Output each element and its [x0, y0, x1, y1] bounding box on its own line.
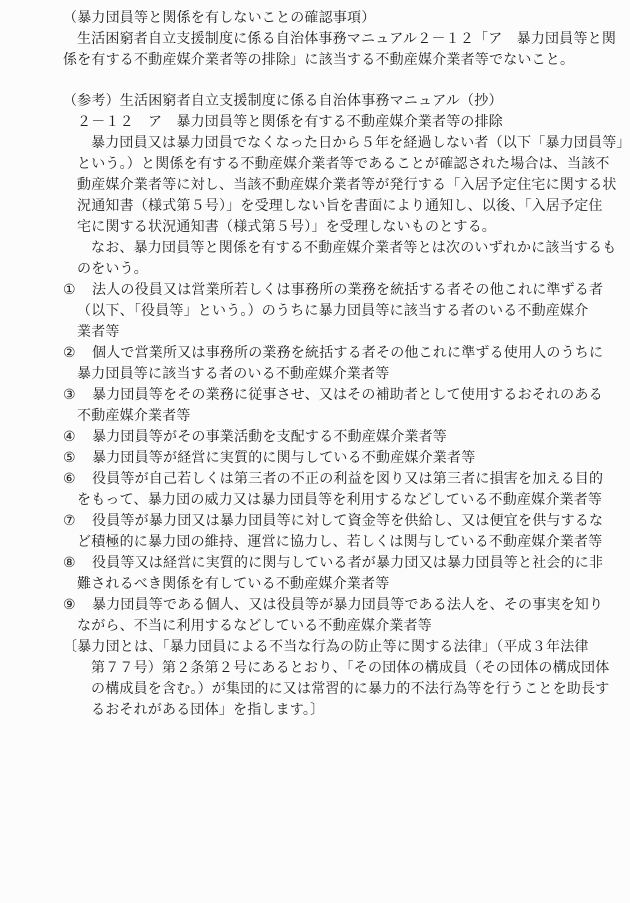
gang-definition-line-4: るおそれがある団体」を指します。〕: [0, 700, 630, 721]
gang-definition-line-3: の構成員を含む。）が集団的に又は常習的に暴力的不法行為等を行うことを助長す: [0, 679, 630, 700]
list-item-4-text: 暴力団員等がその事業活動を支配する不動産媒介業者等: [92, 429, 447, 445]
manual-paragraph-line-5: 宅に関する状況通知書（様式第５号）」を受理しないものとする。: [0, 217, 630, 238]
list-item-8-line-2: 難されるべき関係を有している不動産媒介業者等: [0, 574, 630, 595]
manual-note-line-2: のをいう。: [0, 259, 630, 280]
list-item-5-text: 暴力団員等が経営に実質的に関与している不動産媒介業者等: [92, 450, 475, 466]
list-item-6-text: 役員等が自己若しくは第三者の不正の利益を図り又は第三者に損害を加える目的: [92, 471, 603, 487]
list-item-4-line-1: ④暴力団員等がその事業活動を支配する不動産媒介業者等: [0, 427, 630, 448]
list-item-2-line-1: ②個人で営業所又は事務所の業務を統括する者その他これに準ずる使用人のうちに: [0, 343, 630, 364]
list-item-1-text: 法人の役員又は営業所若しくは事務所の業務を統括する者その他これに準ずる者: [92, 282, 603, 298]
list-item-8-line-1: ⑧役員等又は経営に実質的に関与している者が暴力団又は暴力団員等と社会的に非: [0, 553, 630, 574]
list-item-3-number: ③: [63, 385, 92, 406]
list-item-2-number: ②: [63, 343, 92, 364]
list-item-9-number: ⑨: [63, 595, 92, 616]
list-item-9-line-2: ながら、不当に利用するなどしている不動産媒介業者等: [0, 616, 630, 637]
list-item-9-line-1: ⑨暴力団員等である個人、又は役員等が暴力団員等である法人を、その事実を知り: [0, 595, 630, 616]
gang-definition-line-2: 第７７号）第２条第２号にあるとおり、「その団体の構成員（その団体の構成団体: [0, 658, 630, 679]
manual-paragraph-line-4: 況通知書（様式第５号）」を受理しない旨を書面により通知し、以後、「入居予定住: [0, 196, 630, 217]
list-item-4-number: ④: [63, 427, 92, 448]
section-gap: [0, 71, 630, 91]
list-item-6-line-2: をもって、暴力団の威力又は暴力団員等を利用するなどしている不動産媒介業者等: [0, 490, 630, 511]
list-item-3-line-2: 不動産媒介業者等: [0, 406, 630, 427]
list-item-5-number: ⑤: [63, 448, 92, 469]
list-item-1-number: ①: [63, 280, 92, 301]
list-item-1-line-1: ①法人の役員又は営業所若しくは事務所の業務を統括する者その他これに準ずる者: [0, 280, 630, 301]
manual-paragraph-line-3: 動産媒介業者等に対し、当該不動産媒介業者等が発行する「入居予定住宅に関する状: [0, 175, 630, 196]
confirmation-body-line-1: 生活困窮者自立支援制度に係る自治体事務マニュアル２－１２「ア 暴力団員等と関: [0, 29, 630, 50]
list-item-7-line-1: ⑦役員等が暴力団又は暴力団員等に対して資金等を供給し、又は便宜を供与するな: [0, 511, 630, 532]
list-item-3-text: 暴力団員等をその業務に従事させ、又はその補助者として使用するおそれのある: [92, 387, 603, 403]
list-item-7-number: ⑦: [63, 511, 92, 532]
list-item-9-text: 暴力団員等である個人、又は役員等が暴力団員等である法人を、その事実を知り: [92, 597, 603, 613]
list-item-2-line-2: 暴力団員等に該当する者のいる不動産媒介業者等: [0, 364, 630, 385]
list-item-5-line-1: ⑤暴力団員等が経営に実質的に関与している不動産媒介業者等: [0, 448, 630, 469]
manual-paragraph-line-1: 暴力団員又は暴力団員でなくなった日から５年を経過しない者（以下「暴力団員等」: [0, 133, 630, 154]
manual-paragraph-line-2: という。）と関係を有する不動産媒介業者等であることが確認された場合は、当該不: [0, 154, 630, 175]
list-item-1-line-3: 業者等: [0, 322, 630, 343]
list-item-2-text: 個人で営業所又は事務所の業務を統括する者その他これに準ずる使用人のうちに: [92, 345, 603, 361]
gang-definition-line-1: 〔暴力団とは、「暴力団員による不当な行為の防止等に関する法律」（平成３年法律: [0, 637, 630, 658]
list-item-8-text: 役員等又は経営に実質的に関与している者が暴力団又は暴力団員等と社会的に非: [92, 555, 603, 571]
list-item-3-line-1: ③暴力団員等をその業務に従事させ、又はその補助者として使用するおそれのある: [0, 385, 630, 406]
list-item-7-line-2: ど積極的に暴力団の維持、運営に協力し、若しくは関与している不動産媒介業者等: [0, 532, 630, 553]
confirmation-heading: （暴力団員等と関係を有しないことの確認事項）: [0, 8, 630, 29]
list-item-6-line-1: ⑥役員等が自己若しくは第三者の不正の利益を図り又は第三者に損害を加える目的: [0, 469, 630, 490]
list-item-7-text: 役員等が暴力団又は暴力団員等に対して資金等を供給し、又は便宜を供与するな: [92, 513, 603, 529]
confirmation-body-line-2: 係を有する不動産媒介業者等の排除」に該当する不動産媒介業者等でないこと。: [0, 50, 630, 71]
list-item-1-line-2: （以下、「役員等」という。）のうちに暴力団員等に該当する者のいる不動産媒介: [0, 301, 630, 322]
manual-section-heading: ２－１２ ア 暴力団員等と関係を有する不動産媒介業者等の排除: [0, 112, 630, 133]
list-item-6-number: ⑥: [63, 469, 92, 490]
document-page: （暴力団員等と関係を有しないことの確認事項） 生活困窮者自立支援制度に係る自治体…: [0, 0, 630, 903]
manual-note-line-1: なお、暴力団員等と関係を有する不動産媒介業者等とは次のいずれかに該当するも: [0, 238, 630, 259]
reference-heading: （参考）生活困窮者自立支援制度に係る自治体事務マニュアル（抄）: [0, 91, 630, 112]
list-item-8-number: ⑧: [63, 553, 92, 574]
